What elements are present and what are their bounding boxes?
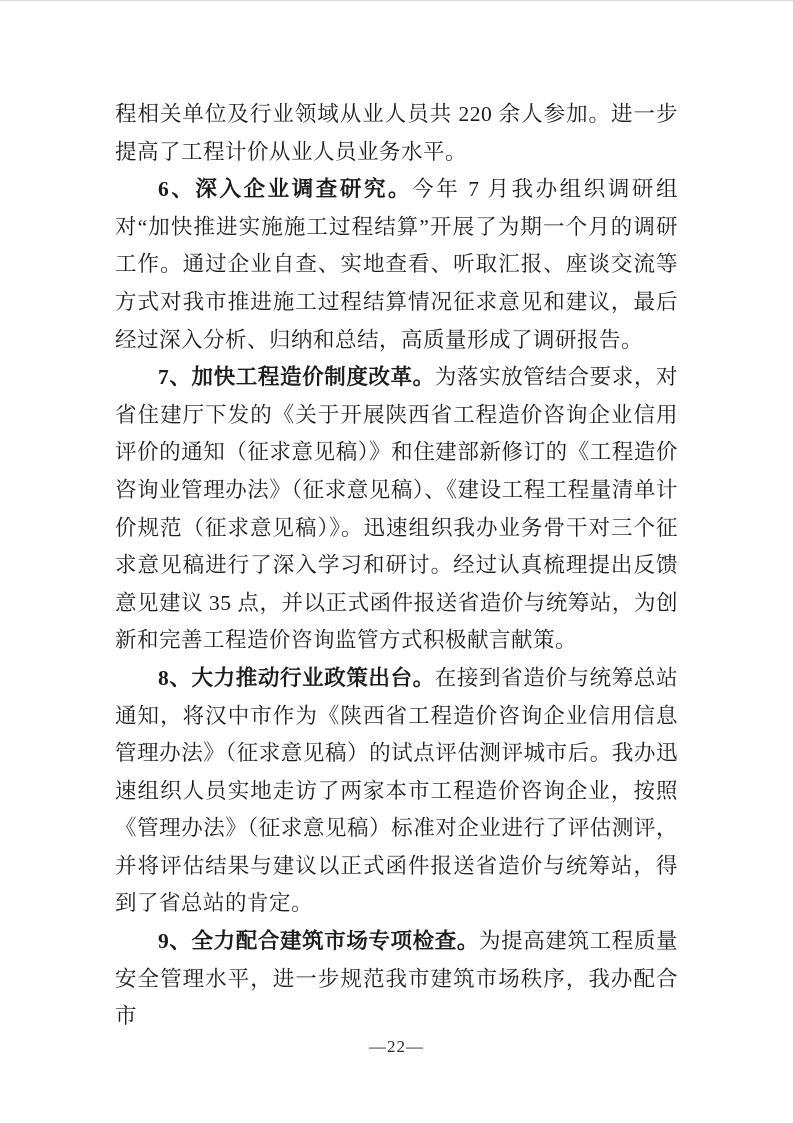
paragraph-lead: 6、深入企业调查研究。: [158, 177, 412, 201]
paragraph-text: 为落实放管结合要求，对省住建厅下发的《关于开展陕西省工程造价咨询企业信用评价的通…: [115, 365, 678, 652]
paragraph-text: 程相关单位及行业领域从业人员共 220 余人参加。进一步提高了工程计价从业人员业…: [115, 102, 678, 164]
paragraph: 7、加快工程造价制度改革。为落实放管结合要求，对省住建厅下发的《关于开展陕西省工…: [115, 359, 678, 660]
paragraph-text: 今年 7 月我办组织调研组对“加快推进实施施工过程结算”开展了为期一个月的调研工…: [115, 177, 678, 351]
paragraph-text: 在接到省造价与统筹总站通知，将汉中市作为《陕西省工程造价咨询企业信用信息管理办法…: [115, 666, 678, 916]
paragraph: 8、大力推动行业政策出台。在接到省造价与统筹总站通知，将汉中市作为《陕西省工程造…: [115, 660, 678, 923]
paragraph-lead: 8、大力推动行业政策出台。: [158, 666, 435, 690]
page-number: —22—: [0, 1037, 793, 1057]
paragraph: 9、全力配合建筑市场专项检查。为提高建筑工程质量安全管理水平，进一步规范我市建筑…: [115, 923, 678, 1036]
document-body: 程相关单位及行业领域从业人员共 220 余人参加。进一步提高了工程计价从业人员业…: [115, 96, 678, 1036]
paragraph: 6、深入企业调查研究。今年 7 月我办组织调研组对“加快推进实施施工过程结算”开…: [115, 171, 678, 359]
document-page: 程相关单位及行业领域从业人员共 220 余人参加。进一步提高了工程计价从业人员业…: [0, 0, 793, 1123]
paragraph-lead: 7、加快工程造价制度改革。: [158, 365, 435, 389]
paragraph-lead: 9、全力配合建筑市场专项检查。: [158, 929, 479, 953]
paragraph: 程相关单位及行业领域从业人员共 220 余人参加。进一步提高了工程计价从业人员业…: [115, 96, 678, 171]
